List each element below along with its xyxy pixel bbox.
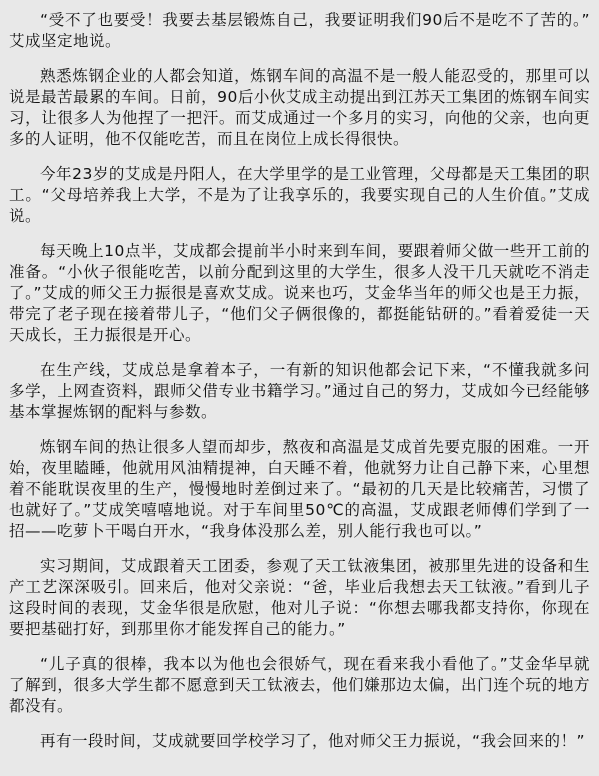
- paragraph-internship-visit: 实习期间，艾成跟着天工团委，参观了天工钛液集团，被那里先进的设备和生产工艺深深吸…: [9, 556, 590, 640]
- paragraph-hardship: 炼钢车间的热让很多人望而却步，熬夜和高温是艾成首先要克服的困难。一开始，夜里瞌睡…: [9, 437, 590, 542]
- paragraph-learning: 在生产线，艾成总是拿着本子，一有新的知识他都会记下来，“不懂我就多问多学，上网查…: [9, 360, 590, 423]
- paragraph-steel-workshop-intro: 熟悉炼钢企业的人都会知道，炼钢车间的高温不是一般人能忍受的，那里可以说是最苦最累…: [9, 66, 590, 150]
- paragraph-closing: 再有一段时间，艾成就要回学校学习了，他对师父王力振说，“我会回来的！”: [9, 731, 590, 752]
- paragraph-quote-opening: “受不了也要受！我要去基层锻炼自己，我要证明我们90后不是吃不了苦的。”艾成坚定…: [9, 10, 590, 52]
- paragraph-mentor: 每天晚上10点半，艾成都会提前半小时来到车间，要跟着师父做一些开工前的准备。“小…: [9, 241, 590, 346]
- paragraph-background: 今年23岁的艾成是丹阳人，在大学里学的是工业管理，父母都是天工集团的职工。“父母…: [9, 164, 590, 227]
- paragraph-father-comment: “儿子真的很棒，我本以为他也会很娇气，现在看来我小看他了。”艾金华早就了解到，很…: [9, 654, 590, 717]
- article-body: “受不了也要受！我要去基层锻炼自己，我要证明我们90后不是吃不了苦的。”艾成坚定…: [0, 0, 599, 776]
